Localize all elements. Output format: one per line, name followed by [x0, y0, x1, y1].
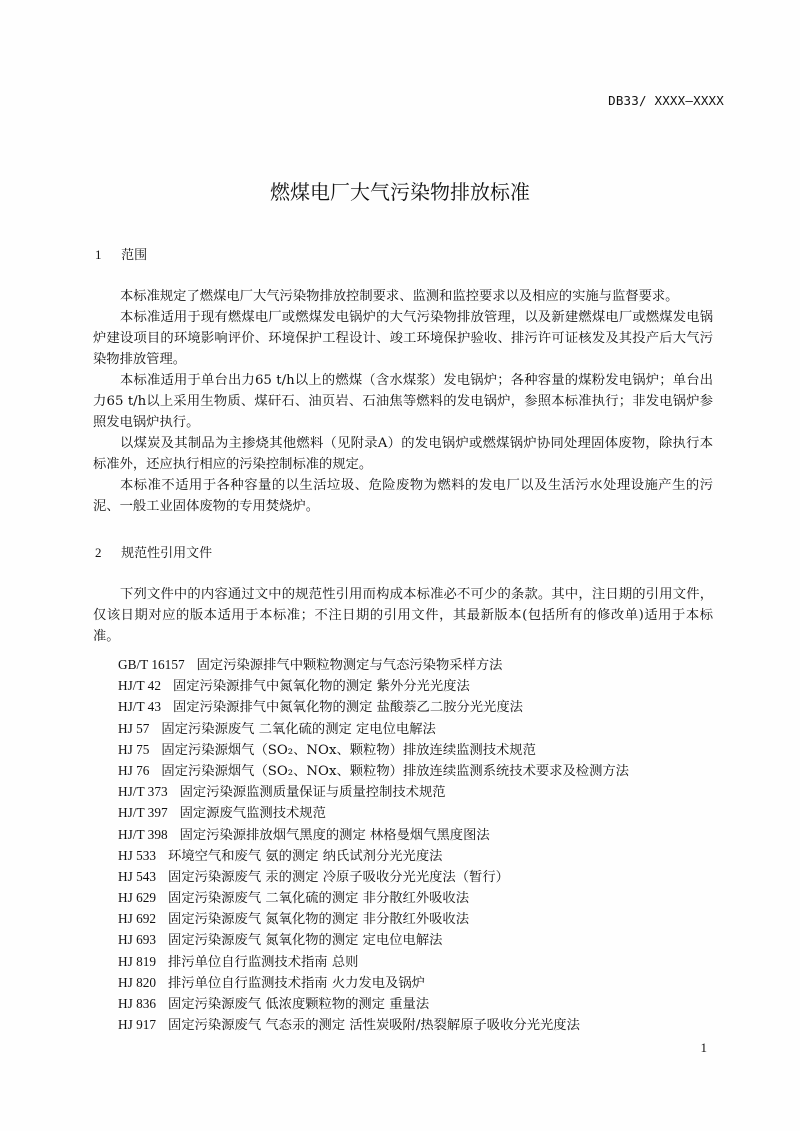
reference-title: 固定污染源排气中氮氧化物的测定 紫外分光光度法: [173, 679, 470, 694]
reference-item: HJ 629固定污染源废气 二氧化硫的测定 非分散红外吸收法: [118, 887, 629, 908]
paragraph: 下列文件中的内容通过文中的规范性引用而构成本标准必不可少的条款。其中，注日期的引…: [93, 584, 713, 647]
reference-title: 固定污染源烟气（SO₂、NOx、颗粒物）排放连续监测技术规范: [161, 743, 536, 758]
reference-code: HJ 543: [118, 869, 156, 884]
reference-title: 固定污染源排气中颗粒物测定与气态污染物采样方法: [197, 658, 503, 673]
reference-title: 固定污染源排气中氮氧化物的测定 盐酸萘乙二胺分光光度法: [173, 700, 523, 715]
reference-code: HJ 76: [118, 763, 149, 778]
reference-item: HJ/T 42固定污染源排气中氮氧化物的测定 紫外分光光度法: [118, 675, 629, 696]
reference-item: HJ/T 397固定源废气监测技术规范: [118, 802, 629, 823]
reference-code: HJ/T 373: [118, 784, 168, 799]
document-title: 燃煤电厂大气污染物排放标准: [0, 176, 800, 205]
reference-item: HJ 57固定污染源废气 二氧化硫的测定 定电位电解法: [118, 718, 629, 739]
reference-code: HJ 692: [118, 911, 156, 926]
reference-title: 固定污染源废气 汞的测定 冷原子吸收分光光度法（暂行）: [168, 870, 509, 885]
reference-code: HJ 819: [118, 954, 156, 969]
document-page: DB33/ XXXX—XXXX 燃煤电厂大气污染物排放标准 1 范围 本标准规定…: [0, 0, 800, 1131]
section-number: 1: [95, 247, 117, 263]
reference-code: HJ 917: [118, 1017, 156, 1032]
reference-title: 固定源废气监测技术规范: [180, 806, 326, 821]
section-heading-scope: 1 范围: [95, 244, 147, 263]
reference-title: 固定污染源监测质量保证与质量控制技术规范: [180, 785, 446, 800]
reference-code: HJ/T 43: [118, 699, 161, 714]
section-title: 规范性引用文件: [121, 546, 212, 561]
reference-title: 固定污染源废气 气态汞的测定 活性炭吸附/热裂解原子吸收分光光度法: [168, 1018, 580, 1033]
paragraph: 本标准规定了燃煤电厂大气污染物排放控制要求、监测和监控要求以及相应的实施与监督要…: [93, 286, 713, 307]
reference-code: HJ 533: [118, 848, 156, 863]
reference-code: HJ/T 42: [118, 678, 161, 693]
reference-code: HJ 820: [118, 975, 156, 990]
paragraph: 本标准适用于单台出力65 t/h以上的燃煤（含水煤浆）发电锅炉；各种容量的煤粉发…: [93, 370, 713, 433]
reference-title: 固定污染源废气 二氧化硫的测定 非分散红外吸收法: [168, 891, 469, 906]
reference-title: 环境空气和废气 氨的测定 纳氏试剂分光光度法: [168, 849, 442, 864]
reference-title: 固定污染源排放烟气黑度的测定 林格曼烟气黑度图法: [180, 828, 490, 843]
reference-code: HJ 629: [118, 890, 156, 905]
reference-title: 固定污染源废气 二氧化硫的测定 定电位电解法: [161, 722, 435, 737]
reference-code: HJ 57: [118, 721, 149, 736]
document-code: DB33/ XXXX—XXXX: [608, 93, 724, 108]
section-title: 范围: [121, 248, 147, 263]
reference-item: HJ/T 43固定污染源排气中氮氧化物的测定 盐酸萘乙二胺分光光度法: [118, 696, 629, 717]
reference-item: HJ 533环境空气和废气 氨的测定 纳氏试剂分光光度法: [118, 845, 629, 866]
reference-item: HJ 819排污单位自行监测技术指南 总则: [118, 951, 629, 972]
reference-code: HJ/T 398: [118, 827, 168, 842]
reference-item: GB/T 16157固定污染源排气中颗粒物测定与气态污染物采样方法: [118, 654, 629, 675]
reference-item: HJ/T 398固定污染源排放烟气黑度的测定 林格曼烟气黑度图法: [118, 824, 629, 845]
reference-title: 固定污染源烟气（SO₂、NOx、颗粒物）排放连续监测系统技术要求及检测方法: [161, 764, 629, 779]
reference-title: 固定污染源废气 氮氧化物的测定 定电位电解法: [168, 933, 442, 948]
reference-code: HJ 836: [118, 996, 156, 1011]
reference-title: 固定污染源废气 氮氧化物的测定 非分散红外吸收法: [168, 912, 469, 927]
paragraph: 本标准不适用于各种容量的以生活垃圾、危险废物为燃料的发电厂以及生活污水处理设施产…: [93, 475, 713, 517]
section-heading-normative-references: 2 规范性引用文件: [95, 542, 212, 561]
reference-item: HJ/T 373固定污染源监测质量保证与质量控制技术规范: [118, 781, 629, 802]
reference-code: GB/T 16157: [118, 657, 185, 672]
reference-item: HJ 543固定污染源废气 汞的测定 冷原子吸收分光光度法（暂行）: [118, 866, 629, 887]
reference-list: GB/T 16157固定污染源排气中颗粒物测定与气态污染物采样方法 HJ/T 4…: [118, 654, 629, 1035]
paragraph: 本标准适用于现有燃煤电厂或燃煤发电锅炉的大气污染物排放管理，以及新建燃煤电厂或燃…: [93, 307, 713, 370]
reference-item: HJ 917固定污染源废气 气态汞的测定 活性炭吸附/热裂解原子吸收分光光度法: [118, 1014, 629, 1035]
reference-item: HJ 693固定污染源废气 氮氧化物的测定 定电位电解法: [118, 929, 629, 950]
reference-code: HJ 75: [118, 742, 149, 757]
reference-item: HJ 820排污单位自行监测技术指南 火力发电及锅炉: [118, 972, 629, 993]
reference-item: HJ 76固定污染源烟气（SO₂、NOx、颗粒物）排放连续监测系统技术要求及检测…: [118, 760, 629, 781]
reference-item: HJ 75固定污染源烟气（SO₂、NOx、颗粒物）排放连续监测技术规范: [118, 739, 629, 760]
reference-code: HJ/T 397: [118, 805, 168, 820]
section-number: 2: [95, 545, 117, 561]
reference-title: 排污单位自行监测技术指南 火力发电及锅炉: [168, 976, 425, 991]
page-number: 1: [701, 1040, 708, 1056]
reference-item: HJ 692固定污染源废气 氮氧化物的测定 非分散红外吸收法: [118, 908, 629, 929]
reference-item: HJ 836固定污染源废气 低浓度颗粒物的测定 重量法: [118, 993, 629, 1014]
paragraph: 以煤炭及其制品为主掺烧其他燃料（见附录A）的发电锅炉或燃煤锅炉协同处理固体废物，…: [93, 433, 713, 475]
reference-code: HJ 693: [118, 932, 156, 947]
reference-title: 排污单位自行监测技术指南 总则: [168, 955, 358, 970]
reference-title: 固定污染源废气 低浓度颗粒物的测定 重量法: [168, 997, 429, 1012]
